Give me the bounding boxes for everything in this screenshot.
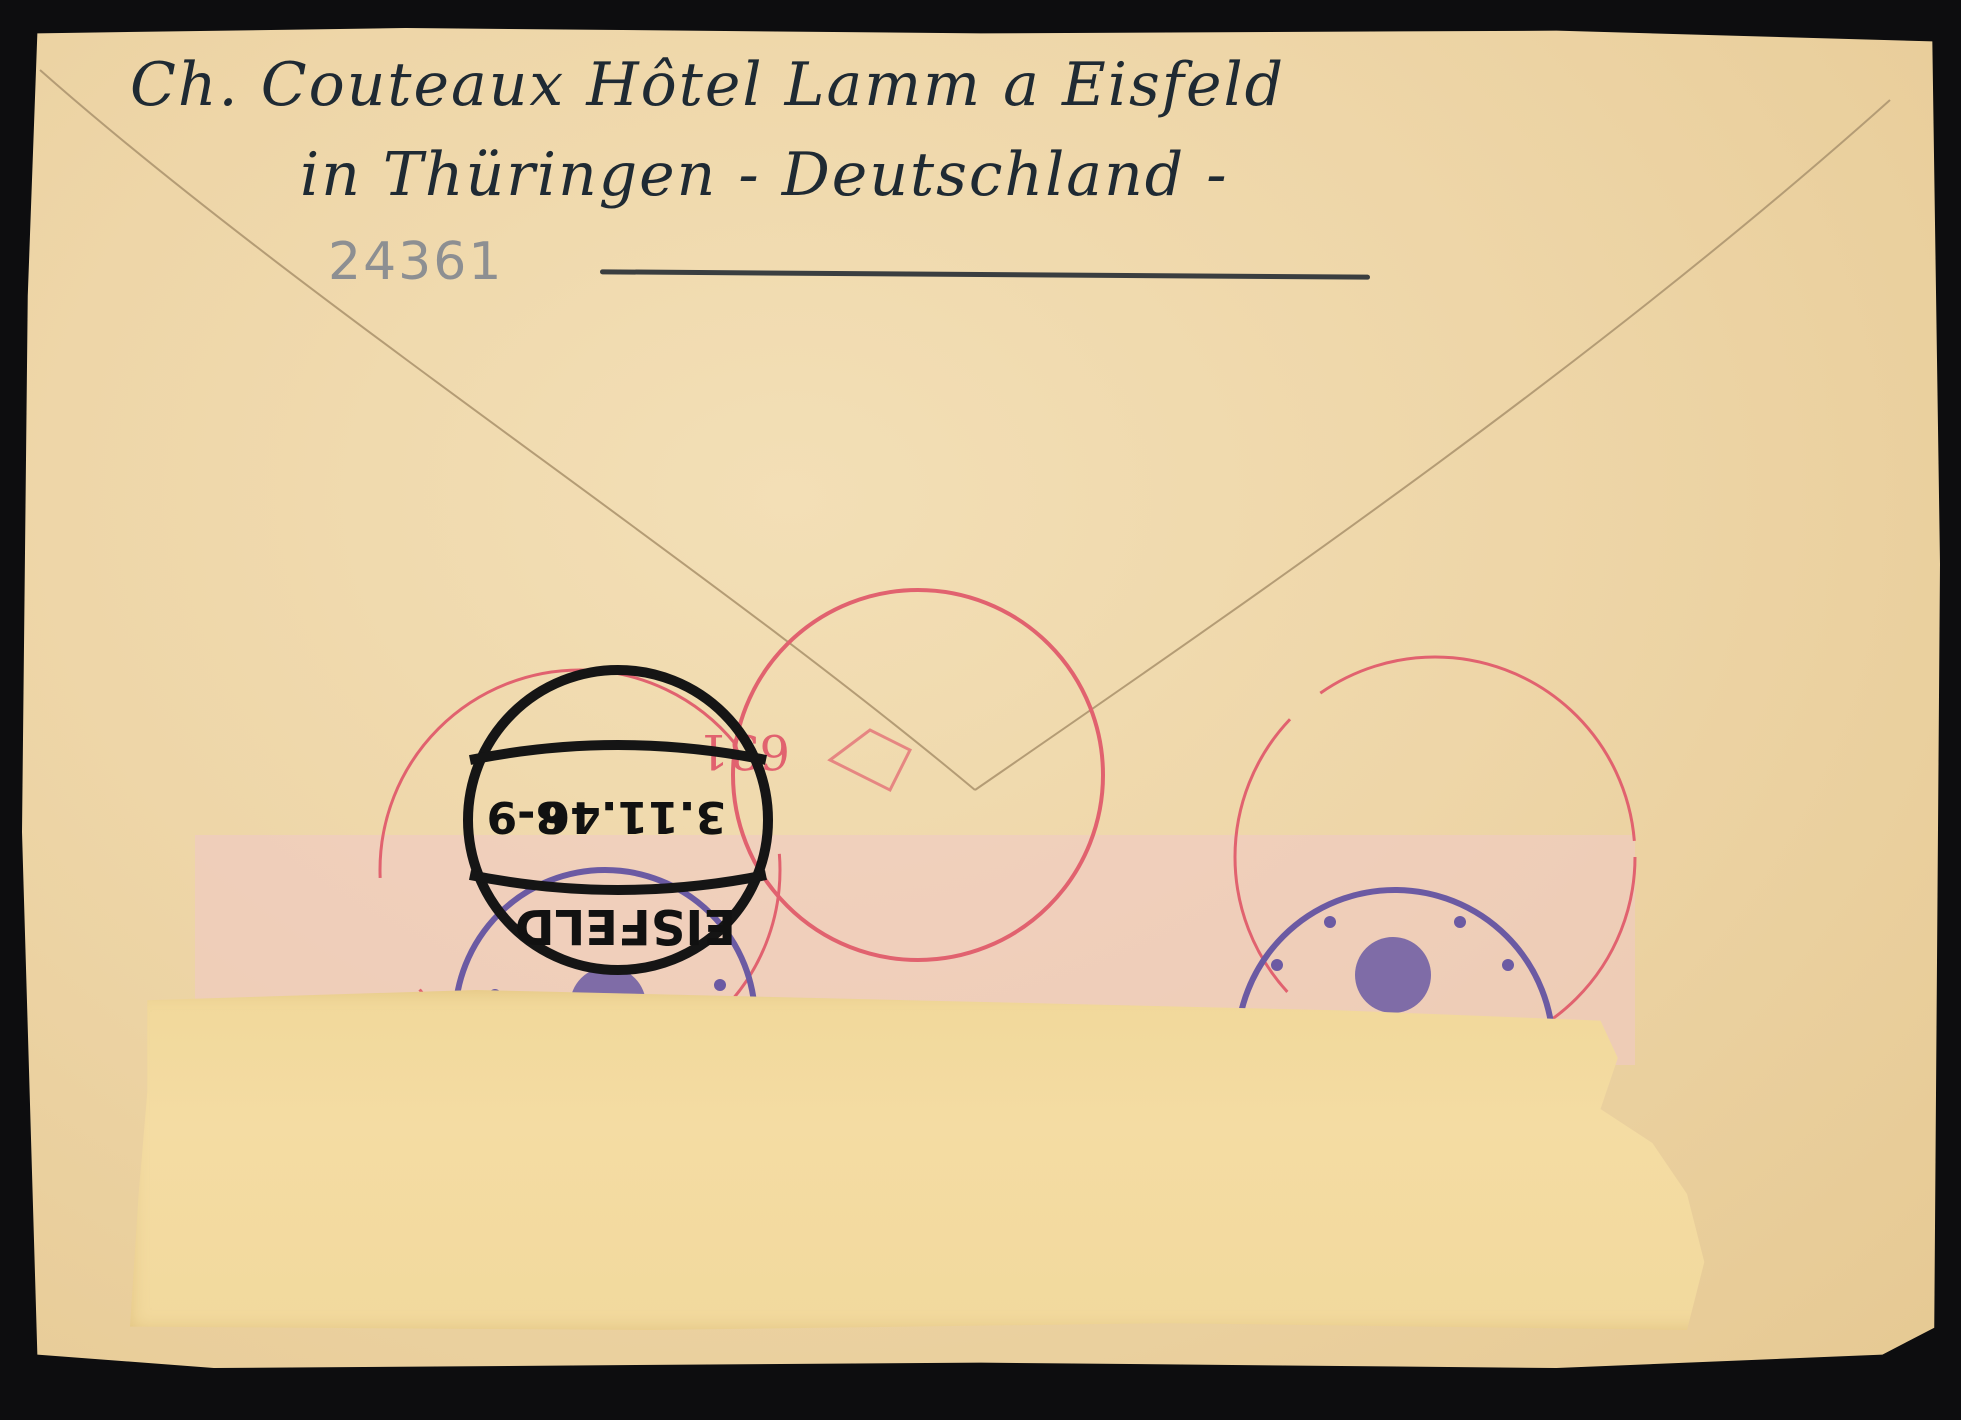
postmark-date: 3.11.46: [539, 791, 726, 842]
postmark-time: 8-9: [487, 791, 567, 842]
eisfeld-postmark: 3.11.46 8-9 EISFELD: [468, 670, 768, 970]
yellow-paper-strip: [130, 990, 1860, 1330]
stamp-emblem-icon: [1355, 937, 1431, 1013]
postmark-town: EISFELD: [515, 898, 736, 954]
examiner-stamp-2: [1235, 657, 1635, 1057]
